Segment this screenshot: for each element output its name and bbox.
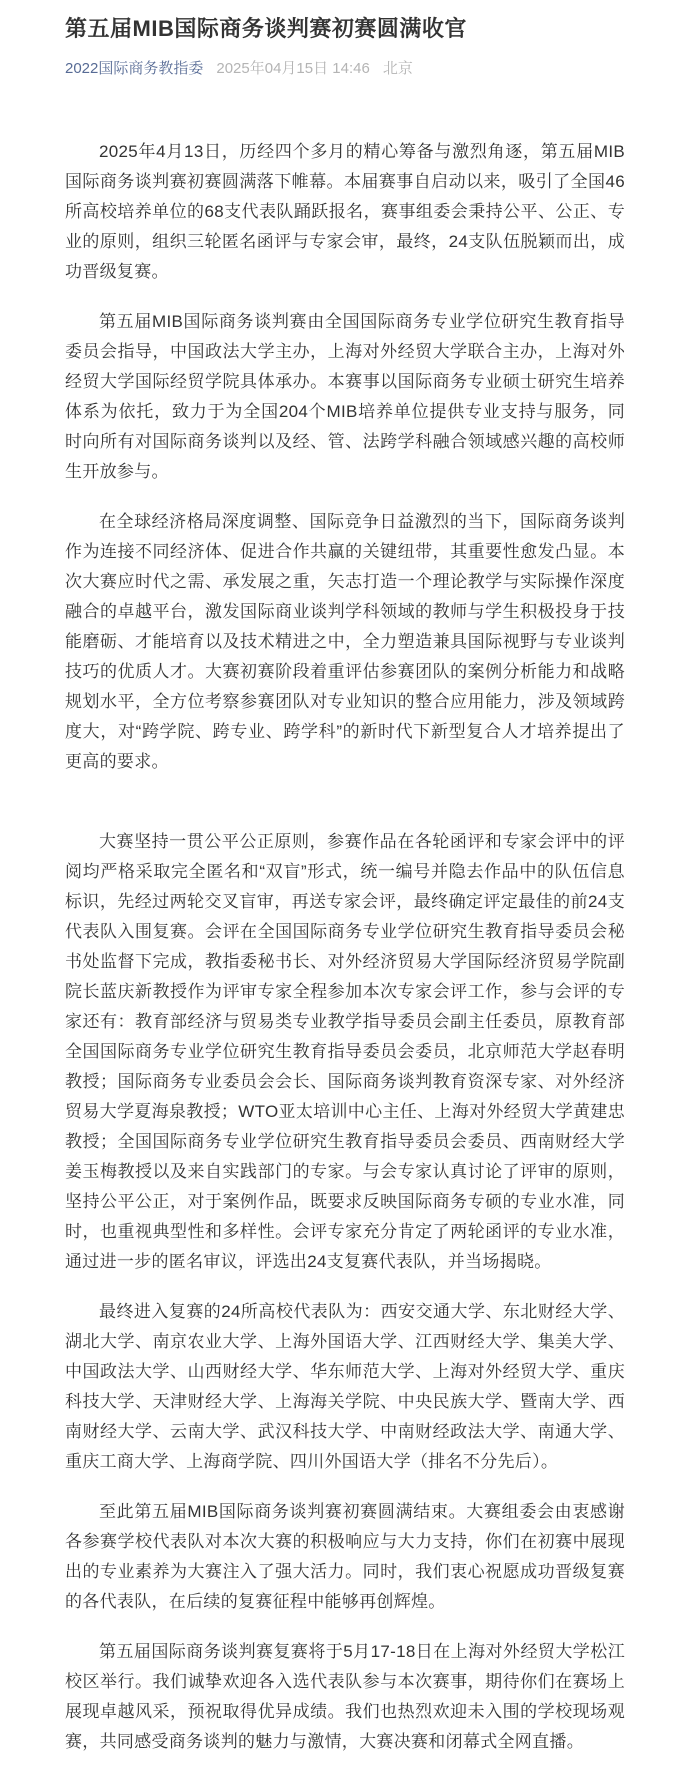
- author-account-link[interactable]: 2022国际商务教指委: [65, 58, 203, 79]
- publish-date: 2025年04月15日 14:46: [216, 58, 369, 79]
- article-paragraph: 第五届国际商务谈判赛复赛将于5月17-18日在上海对外经贸大学松江校区举行。我们…: [65, 1637, 625, 1757]
- article-paragraph: 2025年4月13日，历经四个多月的精心筹备与激烈角逐，第五届MIB国际商务谈判…: [65, 137, 625, 287]
- article-paragraph: 第五届MIB国际商务谈判赛由全国国际商务专业学位研究生教育指导委员会指导，中国政…: [65, 307, 625, 487]
- publish-location: 北京: [383, 58, 413, 79]
- page-title: 第五届MIB国际商务谈判赛初赛圆满收官: [65, 14, 625, 45]
- article-paragraph: 在全球经济格局深度调整、国际竞争日益激烈的当下，国际商务谈判作为连接不同经济体、…: [65, 507, 625, 777]
- article-paragraph: 最终进入复赛的24所高校代表队为：西安交通大学、东北财经大学、湖北大学、南京农业…: [65, 1297, 625, 1477]
- article-paragraph: 大赛坚持一贯公平公正原则，参赛作品在各轮函评和专家会评中的评阅均严格采取完全匿名…: [65, 827, 625, 1277]
- article-body: 2025年4月13日，历经四个多月的精心筹备与激烈角逐，第五届MIB国际商务谈判…: [65, 137, 625, 1757]
- article-page: 第五届MIB国际商务谈判赛初赛圆满收官 2022国际商务教指委 2025年04月…: [0, 0, 690, 1787]
- byline: 2022国际商务教指委 2025年04月15日 14:46 北京: [65, 58, 625, 79]
- article-paragraph: 至此第五届MIB国际商务谈判赛初赛圆满结束。大赛组委会由衷感谢各参赛学校代表队对…: [65, 1497, 625, 1617]
